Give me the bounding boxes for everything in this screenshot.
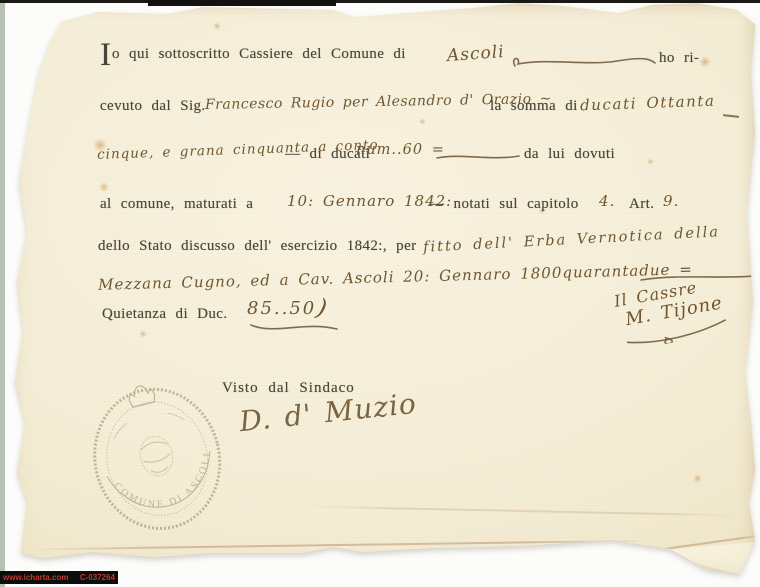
line4-printed-b: — notati sul capitolo xyxy=(429,196,579,213)
line4-printed-a: al comune, maturati a xyxy=(100,196,253,213)
age-spot xyxy=(99,182,109,192)
flourish-stroke xyxy=(249,320,341,336)
line1-printed-start: Io qui sottoscritto Cassiere del Comune … xyxy=(100,46,406,63)
flourish-stroke xyxy=(435,150,521,162)
svg-text:COMUNE DI ASCOLI: COMUNE DI ASCOLI xyxy=(108,448,224,521)
scanner-edge-left xyxy=(0,0,5,587)
municipal-stamp-icon: COMUNE DI ASCOLI xyxy=(64,358,248,550)
maturity-date-handwritten: 10: Gennaro 1842: xyxy=(287,192,452,210)
receipt-amount-handwritten: 85..50 xyxy=(247,298,316,319)
ducats-number-handwritten: num..60 = xyxy=(356,142,445,158)
trailing-dash xyxy=(723,114,739,118)
scanned-receipt-page: Io qui sottoscritto Cassiere del Comune … xyxy=(0,0,760,587)
scanner-edge-top-segment xyxy=(148,0,336,6)
age-spot xyxy=(699,56,711,68)
paper-shadow-wrap: Io qui sottoscritto Cassiere del Comune … xyxy=(0,0,754,580)
stamp-text: COMUNE DI ASCOLI xyxy=(108,448,224,521)
watermark-site: www.icharta.com xyxy=(3,573,69,582)
chapter-number-handwritten: 4. xyxy=(599,192,615,210)
closing-paren-handwritten: ) xyxy=(314,293,331,323)
age-spot xyxy=(647,158,654,165)
place-name-handwritten: Ascoli xyxy=(446,42,505,66)
corner-fold-crease xyxy=(651,534,760,552)
cashier-signature: Il Cassre M. Tijone xyxy=(613,273,734,352)
flourish-stroke xyxy=(505,52,657,70)
line1-printed-end: ho ri- xyxy=(659,50,699,67)
corner-fold xyxy=(643,502,760,582)
watermark-code: C-037264 xyxy=(80,573,115,582)
payment-reason-handwritten: fitto dell' Erba Vernotica della xyxy=(423,224,721,256)
amount-words-handwritten-a: ducati Ottanta xyxy=(580,92,716,115)
age-spot xyxy=(693,474,702,483)
line4-printed-c: Art. xyxy=(629,196,654,213)
line5-printed: dello Stato discusso dell' esercizio 184… xyxy=(98,238,417,255)
age-spot xyxy=(419,118,426,125)
age-spot xyxy=(213,22,221,30)
age-spot xyxy=(139,330,147,338)
line2-printed-mid: la somma di xyxy=(490,98,578,115)
archive-watermark: www.icharta.com C-037264 xyxy=(0,571,118,584)
line7-printed: Quietanza di Duc. xyxy=(102,306,228,323)
article-number-handwritten: 9. xyxy=(663,192,679,210)
place-date-handwritten: Mezzana Cugno, ed a Cav. Ascoli 20: Genn… xyxy=(98,260,693,294)
fold-crease xyxy=(303,505,743,516)
dropcap-initial: I xyxy=(100,37,112,73)
receipt-paper: Io qui sottoscritto Cassiere del Comune … xyxy=(3,2,757,582)
line2-printed-start: cevuto dal Sig. xyxy=(100,98,206,115)
scanner-edge-top xyxy=(0,0,760,3)
line3-printed-b: da lui dovuti xyxy=(524,146,615,163)
